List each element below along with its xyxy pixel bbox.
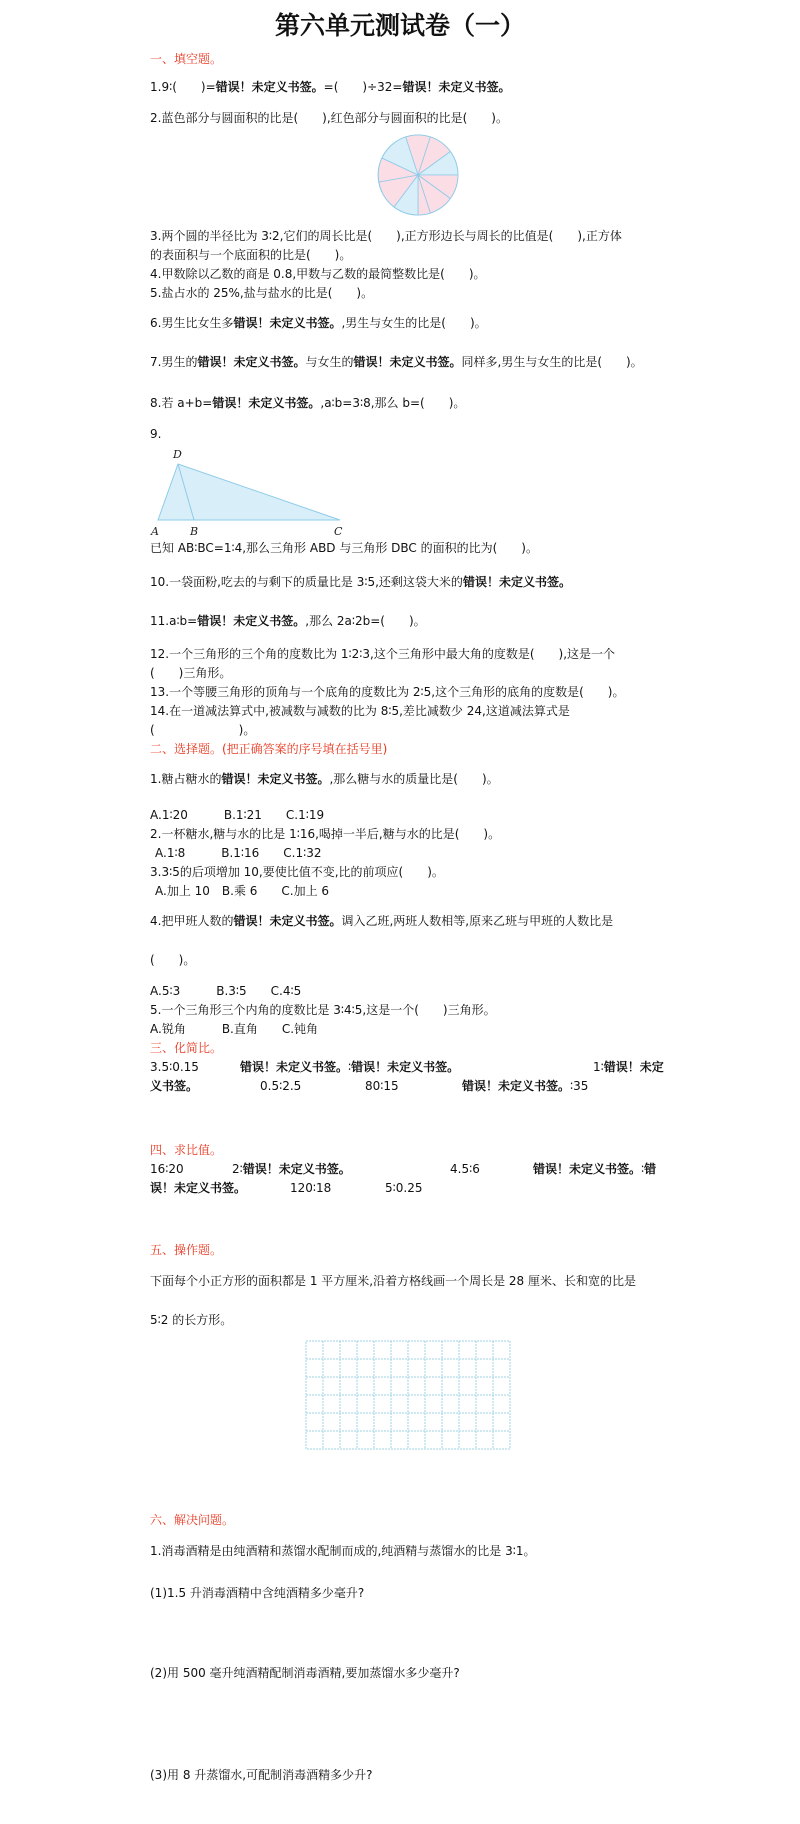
simplify-row-2: 义书签。 0.5∶2.5 80∶15 错误！未定义书签。∶35: [150, 1079, 198, 1093]
error-text: 错误！未定义书签。: [243, 1162, 351, 1176]
error-text: 错误！未定义书签。: [353, 355, 461, 369]
choice-4-options: A.5∶3 B.3∶5 C.4∶5: [150, 984, 301, 998]
question-11: 11.a∶b=错误！未定义书签。,那么 2a∶2b=( )。: [150, 614, 426, 628]
q1-part2: =( )÷32=: [324, 80, 403, 94]
choice-2-options: A.1∶8 B.1∶16 C.1∶32: [155, 846, 322, 860]
question-2: 2.蓝色部分与圆面积的比是( ),红色部分与圆面积的比是( )。: [150, 111, 508, 125]
error-text: 误！未定义书签。: [150, 1181, 246, 1195]
error-text: 错误！未定: [604, 1060, 664, 1074]
simplify-item: 80∶15: [365, 1079, 399, 1093]
choice-question-4: 4.把甲班人数的错误！未定义书签。调入乙班,两班人数相等,原来乙班与甲班的人数比…: [150, 914, 613, 928]
error-text: 错误！未定义书签。: [351, 1060, 459, 1074]
simplify-row-1: 3.5∶0.15 错误！未定义书签。∶错误！未定义书签。 1∶错误！未定: [150, 1060, 199, 1074]
solve-part-1: (1)1.5 升消毒酒精中含纯酒精多少毫升?: [150, 1586, 364, 1600]
q11-part1: 11.a∶b=: [150, 614, 197, 628]
section-heading-simplify: 三、化简比。: [150, 1041, 222, 1055]
section-heading-operate: 五、操作题。: [150, 1243, 222, 1257]
error-text: 错误！未定义书签。: [197, 614, 305, 628]
choice-question-4b: ( )。: [150, 953, 195, 967]
error-text: 错误！未定义书签。: [212, 396, 320, 410]
question-8: 8.若 a+b=错误！未定义书签。,a∶b=3∶8,那么 b=( )。: [150, 396, 465, 410]
ratio-row-2: 误！未定义书签。 120∶18 5∶0.25: [150, 1181, 246, 1195]
ratio-item: 120∶18: [290, 1181, 331, 1195]
q6-part1: 6.男生比女生多: [150, 316, 233, 330]
ratio-item: 2∶: [232, 1162, 243, 1176]
svg-text:D: D: [172, 448, 182, 461]
solve-part-3: (3)用 8 升蒸馏水,可配制消毒酒精多少升?: [150, 1768, 372, 1782]
choice-question-3: 3.3∶5的后项增加 10,要使比值不变,比的前项应( )。: [150, 865, 444, 879]
error-text: 错误！未定义书签。: [463, 575, 571, 589]
q11-part2: ,那么 2a∶2b=( )。: [305, 614, 425, 628]
question-3b: 的表面积与一个底面积的比是( )。: [150, 248, 351, 262]
section-heading-ratio-value: 四、求比值。: [150, 1143, 222, 1157]
question-9-text: 已知 AB∶BC=1∶4,那么三角形 ABD 与三角形 DBC 的面积的比为( …: [150, 541, 538, 555]
choice-3-options: A.加上 10 B.乘 6 C.加上 6: [155, 884, 329, 898]
choice-question-2: 2.一杯糖水,糖与水的比是 1∶16,喝掉一半后,糖与水的比是( )。: [150, 827, 500, 841]
ratio-item: 5∶0.25: [385, 1181, 422, 1195]
question-12a: 12.一个三角形的三个角的度数比为 1∶2∶3,这个三角形中最大角的度数是( )…: [150, 647, 615, 661]
simplify-item: 3.5∶0.15: [150, 1060, 199, 1074]
simplify-item: 1∶: [593, 1060, 604, 1074]
question-5: 5.盐占水的 25%,盐与盐水的比是( )。: [150, 286, 373, 300]
q7-part3: 同样多,男生与女生的比是( )。: [462, 355, 643, 369]
question-9: 9.: [150, 427, 161, 441]
c1-part1: 1.糖占糖水的: [150, 772, 221, 786]
q7-part2: 与女生的: [305, 355, 353, 369]
square-grid: [305, 1340, 511, 1452]
operate-text-1: 下面每个小正方形的面积都是 1 平方厘米,沿着方格线画一个周长是 28 厘米、长…: [150, 1274, 636, 1288]
triangle-diagram: D A B C: [148, 448, 348, 538]
section-heading-fill: 一、填空题。: [150, 52, 222, 66]
error-text: 错误！未定义书签。: [216, 80, 324, 94]
question-13: 13.一个等腰三角形的顶角与一个底角的度数比为 2∶5,这个三角形的底角的度数是…: [150, 685, 624, 699]
q10-text: 10.一袋面粉,吃去的与剩下的质量比是 3∶5,还剩这袋大米的: [150, 575, 463, 589]
error-text: 错误！未定义书签。: [221, 772, 329, 786]
section-heading-solve: 六、解决问题。: [150, 1513, 234, 1527]
choice-1-options: A.1∶20 B.1∶21 C.1∶19: [150, 808, 324, 822]
choice-question-5: 5.一个三角形三个内角的度数比是 3∶4∶5,这是一个( )三角形。: [150, 1003, 496, 1017]
question-14a: 14.在一道减法算式中,被减数与减数的比为 8∶5,差比减数少 24,这道减法算…: [150, 704, 570, 718]
page-title: 第六单元测试卷（一）: [0, 10, 800, 42]
q1-part1: 1.9∶( )=: [150, 80, 216, 94]
svg-text:B: B: [189, 525, 198, 538]
q7-part1: 7.男生的: [150, 355, 197, 369]
error-text: 错误！未定义书签。: [240, 1060, 348, 1074]
error-text: 错误！未定义书签。: [233, 914, 341, 928]
question-3a: 3.两个圆的半径比为 3∶2,它们的周长比是( ),正方形边长与周长的比值是( …: [150, 229, 622, 243]
error-text: 错误！未定义书签。: [233, 316, 341, 330]
question-1: 1.9∶( )=错误！未定义书签。=( )÷32=错误！未定义书签。: [150, 80, 510, 94]
q8-part2: ,a∶b=3∶8,那么 b=( )。: [320, 396, 465, 410]
simplify-item: ∶35: [570, 1079, 588, 1093]
ratio-row-1: 16∶20 2∶错误！未定义书签。 4.5∶6 错误！未定义书签。∶错: [150, 1162, 184, 1176]
section-heading-choice: 二、选择题。(把正确答案的序号填在括号里): [150, 742, 387, 756]
q8-part1: 8.若 a+b=: [150, 396, 212, 410]
question-6: 6.男生比女生多错误！未定义书签。,男生与女生的比是( )。: [150, 316, 487, 330]
simplify-item: 0.5∶2.5: [260, 1079, 301, 1093]
question-10: 10.一袋面粉,吃去的与剩下的质量比是 3∶5,还剩这袋大米的错误！未定义书签。: [150, 575, 571, 589]
error-text: 错误！未定义书签。: [402, 80, 510, 94]
question-4: 4.甲数除以乙数的商是 0.8,甲数与乙数的最简整数比是( )。: [150, 267, 486, 281]
pie-diagram: [373, 130, 463, 220]
question-12b: ( )三角形。: [150, 666, 231, 680]
error-text: 义书签。: [150, 1079, 198, 1093]
error-text: 错: [644, 1162, 656, 1176]
c1-part2: ,那么糖与水的质量比是( )。: [329, 772, 498, 786]
error-text: 错误！未定义书签。: [197, 355, 305, 369]
solve-part-2: (2)用 500 毫升纯酒精配制消毒酒精,要加蒸馏水多少毫升?: [150, 1666, 460, 1680]
c4-part1: 4.把甲班人数的: [150, 914, 233, 928]
svg-text:A: A: [150, 525, 159, 538]
error-text: 错误！未定义书签。: [533, 1162, 641, 1176]
operate-text-2: 5∶2 的长方形。: [150, 1313, 232, 1327]
q6-part2: ,男生与女生的比是( )。: [341, 316, 486, 330]
choice-question-1: 1.糖占糖水的错误！未定义书签。,那么糖与水的质量比是( )。: [150, 772, 499, 786]
error-text: 错误！未定义书签。: [462, 1079, 570, 1093]
ratio-item: 16∶20: [150, 1162, 184, 1176]
solve-question-1: 1.消毒酒精是由纯酒精和蒸馏水配制而成的,纯酒精与蒸馏水的比是 3∶1。: [150, 1544, 535, 1558]
question-14b: ( )。: [150, 723, 255, 737]
choice-5-options: A.锐角 B.直角 C.钝角: [150, 1022, 318, 1036]
c4-part2: 调入乙班,两班人数相等,原来乙班与甲班的人数比是: [341, 914, 613, 928]
ratio-item: 4.5∶6: [450, 1162, 480, 1176]
question-7: 7.男生的错误！未定义书签。与女生的错误！未定义书签。同样多,男生与女生的比是(…: [150, 355, 643, 369]
svg-text:C: C: [334, 525, 343, 538]
